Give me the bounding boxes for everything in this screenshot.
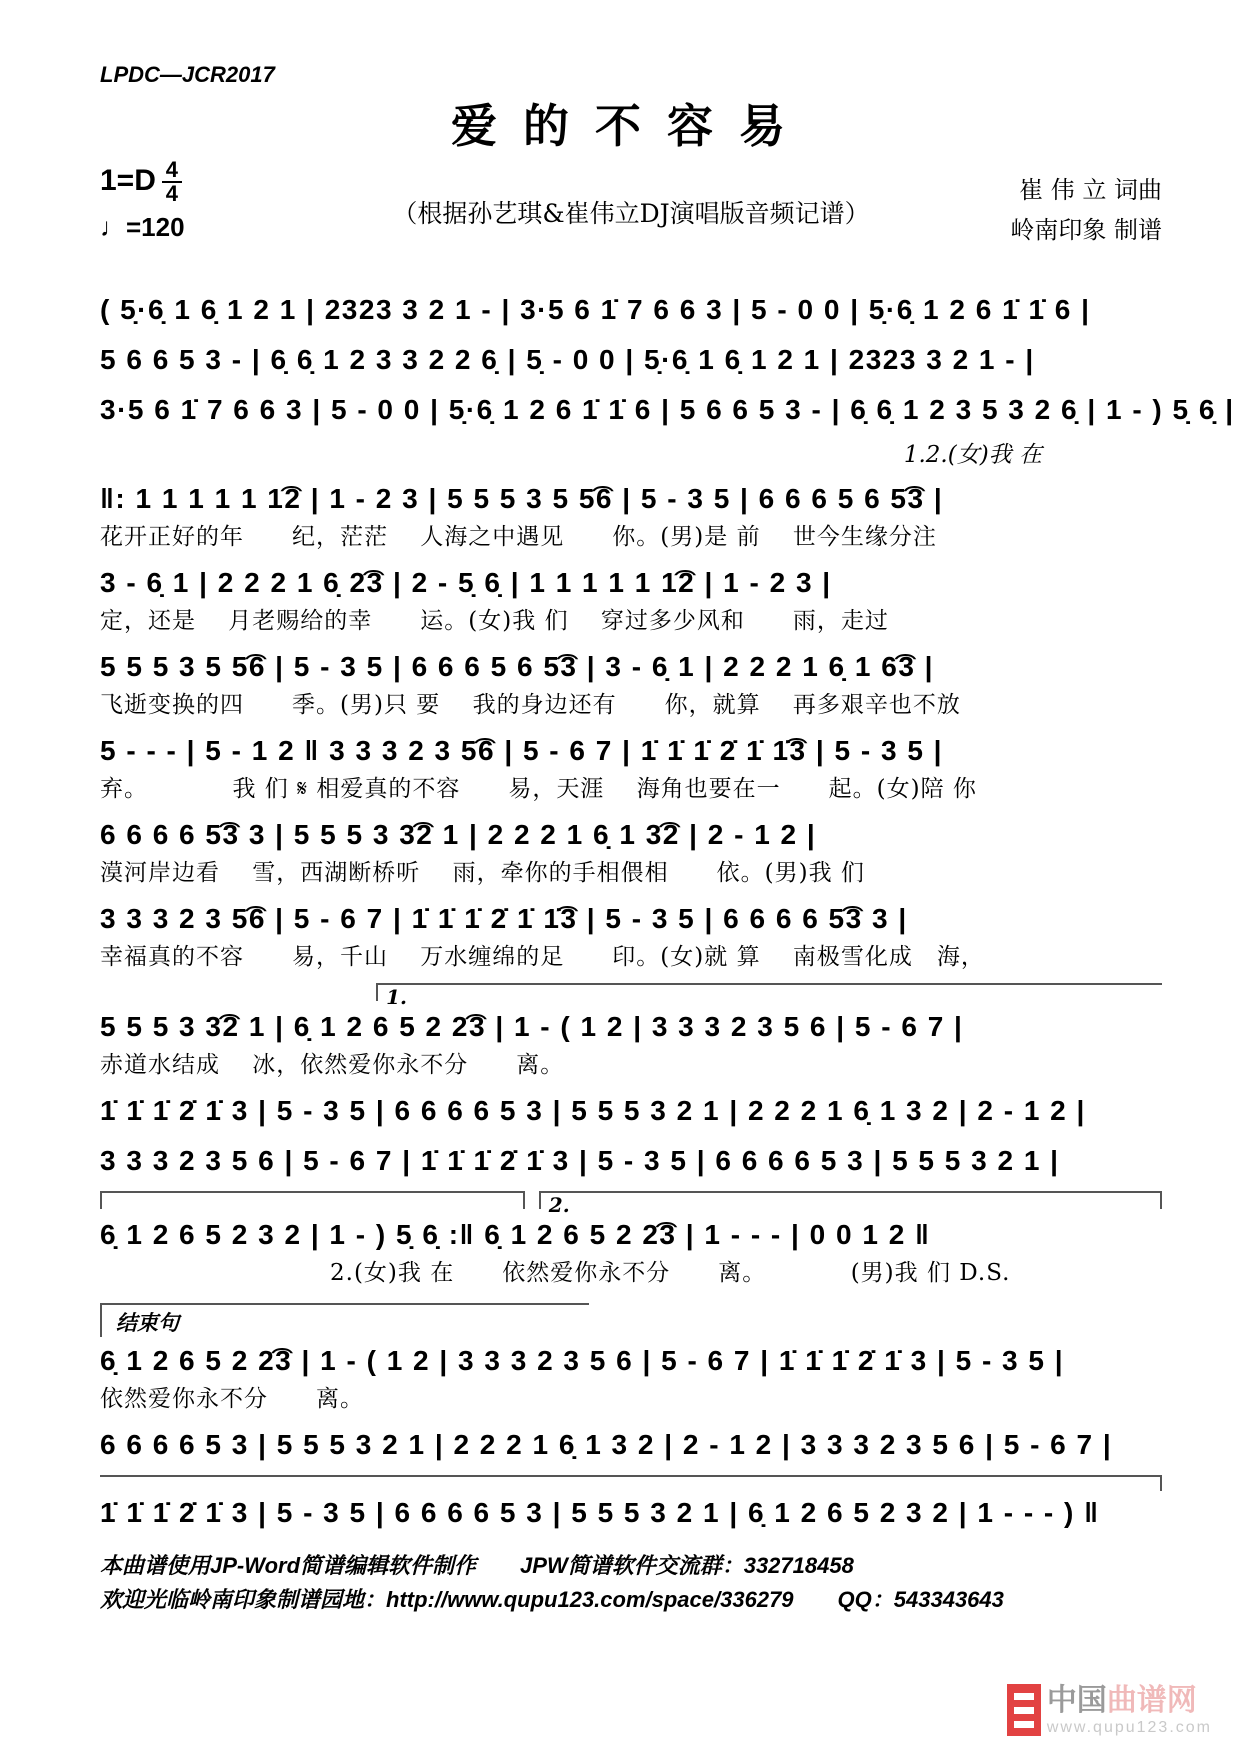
lyric-line: 赤道水结成 冰，依然爱你永不分 离。 <box>100 1049 1162 1081</box>
volta-tick <box>376 985 378 1001</box>
credits: 崔 伟 立 词曲 岭南印象 制谱 <box>1010 170 1162 250</box>
volta-tick <box>1160 1193 1162 1209</box>
note-line: 5 5 5 3 3͡2 1 | 6̣ 1 2 6 5 2 2͡3 | 1 - (… <box>100 1007 1162 1047</box>
note-line: 6̣ 1 2 6 5 2 2͡3 | 1 - ( 1 2 | 3 3 3 2 3… <box>100 1341 1162 1381</box>
pickup-lyric: 1.2.(女)我 在 <box>100 436 1162 469</box>
lyric-line: 定，还是 月老赐给的幸 运。(女)我 们 穿过多少风和 雨，走过 <box>100 605 1162 637</box>
notation-system-12: 3 3 3 2 3 5 6 | 5 - 6 7 | 1̇ 1̇ 1̇ 2̇ 1̇… <box>100 1141 1162 1181</box>
note-line: 5 6 6 5 3 - | 6̣ 6̣ 1 2 3 3 2 2 6̣ | 5̣ … <box>100 340 1162 380</box>
note-line: 3 3 3 2 3 5͡6 | 5 - 6 7 | 1̇ 1̇ 1̇ 2̇ 1̇… <box>100 899 1162 939</box>
ending-section-row: 结束句 <box>100 1303 1162 1337</box>
note-line: 6 6 6 6 5͡3 3 | 5 5 5 3 3͡2 1 | 2 2 2 1 … <box>100 815 1162 855</box>
notation-system-8: 6 6 6 6 5͡3 3 | 5 5 5 3 3͡2 1 | 2 2 2 1 … <box>100 815 1162 889</box>
notation-system-6: 5 5 5 3 5 5͡6 | 5 - 3 5 | 6 6 6 5 6 5͡3 … <box>100 647 1162 721</box>
notation-system-2: 5 6 6 5 3 - | 6̣ 6̣ 1 2 3 3 2 2 6̣ | 5̣ … <box>100 340 1162 380</box>
watermark-brand-cn2: 曲谱网 <box>1107 1684 1197 1717</box>
volta-1-label: 1. <box>386 985 407 1009</box>
notation-system-16: 1̇ 1̇ 1̇ 2̇ 1̇ 3 | 5 - 3 5 | 6 6 6 6 5 3… <box>100 1493 1162 1533</box>
lyric-line: 弃。 我 们 𝄋 相爱真的不容 易，天涯 海角也要在一 起。(女)陪 你 <box>100 773 1162 805</box>
note-line: 5 5 5 3 5 5͡6 | 5 - 3 5 | 6 6 6 5 6 5͡3 … <box>100 647 1162 687</box>
watermark-text: 中国曲谱网 www.qupu123.com <box>1047 1686 1212 1736</box>
footer-software-line: 本曲谱使用JP-Word简谱编辑软件制作 JPW简谱软件交流群：33271845… <box>100 1549 1162 1583</box>
notation-system-10: 5 5 5 3 3͡2 1 | 6̣ 1 2 6 5 2 2͡3 | 1 - (… <box>100 1007 1162 1081</box>
meta-row: 1=D44 ♩=120 （根据孙艺琪&崔伟立DJ演唱版音频记谱） 崔 伟 立 词… <box>100 160 1162 280</box>
watermark-url: www.qupu123.com <box>1047 1720 1212 1736</box>
volta-tick <box>539 1193 541 1209</box>
lyric-line: 花开正好的年 纪，茫茫 人海之中遇见 你。(男)是 前 世今生缘分注 <box>100 521 1162 553</box>
volta-1-close-bracket <box>100 1191 525 1215</box>
phrase-continuation-line <box>100 1475 1162 1493</box>
watermark-brand-cn1: 中国 <box>1047 1684 1107 1717</box>
volta-row-first: 1. <box>100 983 1162 1007</box>
song-title: 爱的不容易 <box>100 90 1162 156</box>
ending-bracket: 结束句 <box>100 1303 589 1337</box>
continuation-tick <box>1160 1477 1162 1491</box>
footer-credits: 本曲谱使用JP-Word简谱编辑软件制作 JPW简谱软件交流群：33271845… <box>100 1549 1162 1617</box>
note-line: 3·5 6 1̇ 7 6 6 3 | 5 - 0 0 | 5̣·6̣ 1 2 6… <box>100 390 1162 430</box>
sheet-music-page: LPDC—JCR2017 爱的不容易 1=D44 ♩=120 （根据孙艺琪&崔伟… <box>0 0 1240 1754</box>
ending-label: 结束句 <box>116 1310 179 1335</box>
volta-spacer <box>100 983 376 1007</box>
subtitle: （根据孙艺琪&崔伟立DJ演唱版音频记谱） <box>100 194 1162 230</box>
notation-system-5: 3 - 6̣ 1 | 2 2 2 1 6̣ 2͡3 | 2 - 5̣ 6̣ | … <box>100 563 1162 637</box>
site-watermark: 中国曲谱网 www.qupu123.com <box>1007 1684 1212 1736</box>
watermark-brand: 中国曲谱网 <box>1047 1686 1212 1716</box>
catalog-code: LPDC—JCR2017 <box>100 62 1162 88</box>
note-line: ( 5̣·6̣ 1 6̣ 1 2 1 | 2323 3 2 1 - | 3·5 … <box>100 290 1162 330</box>
notation-system-15: 6 6 6 6 5 3 | 5 5 5 3 2 1 | 2 2 2 1 6̣ 1… <box>100 1425 1162 1465</box>
footer-website-line: 欢迎光临岭南印象制谱园地：http://www.qupu123.com/spac… <box>100 1583 1162 1617</box>
note-line: 3 3 3 2 3 5 6 | 5 - 6 7 | 1̇ 1̇ 1̇ 2̇ 1̇… <box>100 1141 1162 1181</box>
note-line: 1̇ 1̇ 1̇ 2̇ 1̇ 3 | 5 - 3 5 | 6 6 6 6 5 3… <box>100 1091 1162 1131</box>
notation-system-9: 3 3 3 2 3 5͡6 | 5 - 6 7 | 1̇ 1̇ 1̇ 2̇ 1̇… <box>100 899 1162 973</box>
notation-system-4: ‖: 1 1 1 1 1 1͡2 | 1 - 2 3 | 5 5 5 3 5 5… <box>100 479 1162 553</box>
note-line: 3 - 6̣ 1 | 2 2 2 1 6̣ 2͡3 | 2 - 5̣ 6̣ | … <box>100 563 1162 603</box>
volta-gap <box>525 1191 539 1215</box>
note-line: ‖: 1 1 1 1 1 1͡2 | 1 - 2 3 | 5 5 5 3 5 5… <box>100 479 1162 519</box>
notation-system-11: 1̇ 1̇ 1̇ 2̇ 1̇ 3 | 5 - 3 5 | 6 6 6 6 5 3… <box>100 1091 1162 1131</box>
notation-system-13: 6̣ 1 2 6 5 2 3 2 | 1 - ) 5̣ 6̣ :‖ 6̣ 1 2… <box>100 1215 1162 1289</box>
lyric-line: 飞逝变换的四 季。(男)只 要 我的身边还有 你，就算 再多艰辛也不放 <box>100 689 1162 721</box>
volta-2-label: 2. <box>549 1193 570 1217</box>
notation-system-7: 5 - - - | 5 - 1 2 ‖ 3 3 3 2 3 5͡6 | 5 - … <box>100 731 1162 805</box>
lyric-line: 2.(女)我 在 依然爱你永不分 离。 (男)我 们 D.S. <box>100 1257 1162 1289</box>
volta-tick <box>523 1193 525 1209</box>
volta-row-second: 2. <box>100 1191 1162 1215</box>
note-line: 5 - - - | 5 - 1 2 ‖ 3 3 3 2 3 5͡6 | 5 - … <box>100 731 1162 771</box>
note-line: 6 6 6 6 5 3 | 5 5 5 3 2 1 | 2 2 2 1 6̣ 1… <box>100 1425 1162 1465</box>
time-top: 4 <box>166 157 178 182</box>
sheet-content: LPDC—JCR2017 爱的不容易 1=D44 ♩=120 （根据孙艺琪&崔伟… <box>0 0 1240 1617</box>
volta-1-bracket: 1. <box>376 983 1162 1007</box>
key-label: 1=D <box>100 164 156 197</box>
note-line: 1̇ 1̇ 1̇ 2̇ 1̇ 3 | 5 - 3 5 | 6 6 6 6 5 3… <box>100 1493 1162 1533</box>
notation-system-14: 6̣ 1 2 6 5 2 2͡3 | 1 - ( 1 2 | 3 3 3 2 3… <box>100 1341 1162 1415</box>
note-line: 6̣ 1 2 6 5 2 3 2 | 1 - ) 5̣ 6̣ :‖ 6̣ 1 2… <box>100 1215 1162 1255</box>
notation-system-1: ( 5̣·6̣ 1 6̣ 1 2 1 | 2323 3 2 1 - | 3·5 … <box>100 290 1162 330</box>
lyric-line: 依然爱你永不分 离。 <box>100 1383 1162 1415</box>
volta-tick <box>100 1193 102 1209</box>
volta-2-bracket: 2. <box>539 1191 1162 1215</box>
notation-system-3: 3·5 6 1̇ 7 6 6 3 | 5 - 0 0 | 5̣·6̣ 1 2 6… <box>100 390 1162 430</box>
credit-arranger: 岭南印象 制谱 <box>1010 210 1162 250</box>
qupu-logo-icon <box>1007 1684 1041 1736</box>
lyric-line: 漠河岸边看 雪，西湖断桥听 雨，牵你的手相偎相 依。(男)我 们 <box>100 857 1162 889</box>
lyric-line: 幸福真的不容 易，千山 万水缠绵的足 印。(女)就 算 南极雪化成 海， <box>100 941 1162 973</box>
credit-lyricist: 崔 伟 立 词曲 <box>1010 170 1162 210</box>
